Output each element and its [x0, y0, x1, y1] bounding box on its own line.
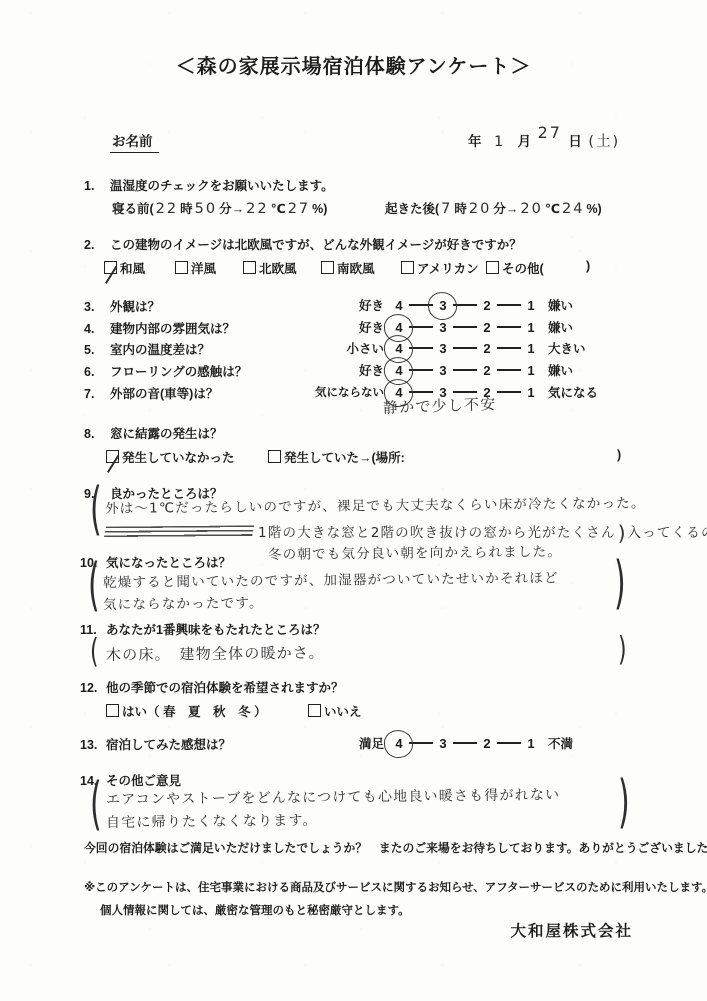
rating-3[interactable]: 3	[435, 320, 451, 335]
option-yofu: 洋風	[175, 259, 216, 278]
scale-left-label: 小さい	[312, 339, 384, 357]
q9-answer-line3: 冬の朝でも気分良い朝を向かえられました。	[268, 540, 562, 563]
rating-4[interactable]: 4	[391, 298, 407, 313]
rating-1[interactable]: 1	[523, 385, 539, 400]
rating-1[interactable]: 1	[523, 320, 539, 335]
q9-answer-line2a: 1階の大きな窓と2階の吹き抜けの窓から光がたくさん	[258, 525, 616, 541]
scale-left-label: 好き	[312, 296, 384, 314]
q7-handwritten-note: 静かで少し不安	[383, 393, 497, 418]
question-2-number: 2.	[84, 238, 110, 252]
option-hokuou-label: 北欧風	[259, 262, 297, 276]
date-field: 年 1 月 27 日 (土)	[468, 130, 622, 151]
celsius-unit: ℃	[271, 202, 286, 216]
q11-answer: 木の床。 建物全体の暖かさ。	[106, 642, 325, 665]
question-3-text: 外観は？	[110, 300, 160, 314]
question-3-number: 3.	[84, 300, 110, 314]
scale-right-label: 不満	[548, 734, 573, 752]
question-6-text: フローリングの感触は？	[110, 365, 247, 379]
checkbox-american[interactable]	[401, 261, 414, 274]
scale-left-label: 好き	[312, 361, 384, 379]
rating-scale-q5: 小さい4321大きい	[312, 339, 586, 357]
before-sleep-label: 寝る前(	[112, 202, 154, 216]
option-wafu: 和風	[104, 259, 145, 278]
question-5: 5.室内の温度差は？	[84, 340, 210, 359]
option-other-label: その他(	[502, 262, 544, 276]
checkbox-wafu[interactable]	[104, 261, 117, 274]
question-14-text: その他ご意見	[106, 774, 181, 788]
option-condensation: 発生していた→(場所:	[268, 448, 405, 467]
option-nanou: 南欧風	[321, 259, 375, 278]
scale-dash	[497, 742, 521, 744]
option-wafu-label: 和風	[120, 262, 145, 276]
question-5-number: 5.	[84, 343, 110, 357]
q10-close-bracket: )	[614, 557, 626, 614]
q10-open-bracket: (	[88, 559, 100, 616]
checkbox-yofu[interactable]	[175, 261, 188, 274]
option-no: いいえ	[308, 702, 362, 721]
scale-dash	[453, 369, 477, 371]
question-7-number: 7.	[84, 387, 110, 401]
question-10-text: 気になったところは？	[106, 556, 231, 570]
option-no-condensation-label: 発生していなかった	[122, 451, 235, 465]
option-american: アメリカン	[401, 259, 479, 278]
question-6-number: 6.	[84, 365, 110, 379]
after-wake-temp: 20	[518, 201, 544, 217]
name-field-label: お名前	[110, 130, 159, 153]
rating-scale-q13: 満足4321不満	[312, 734, 573, 752]
after-wake-label: 起きた後(	[385, 202, 439, 216]
checkbox-nanou[interactable]	[321, 261, 334, 274]
scale-left-label: 満足	[312, 734, 384, 752]
scale-right-label: 嫌い	[548, 318, 573, 336]
hour-unit: 時	[454, 202, 467, 216]
page-title: ＜森の家展示場宿泊体験アンケート＞	[0, 50, 707, 79]
q10-answer-line1: 乾燥すると聞いていたのですが、加湿器がついていたせいかそれほど	[103, 566, 559, 591]
q14-answer-line1: エアコンやストーブをどんなにつけても心地良い暖さも得がれない	[106, 784, 561, 809]
option-yes: はい（ 春 夏 秋 冬 ）	[106, 702, 266, 721]
question-2-text: この建物のイメージは北欧風ですが、どんな外観イメージが好きですか？	[110, 238, 522, 252]
checkbox-hokuou[interactable]	[243, 261, 256, 274]
scale-dash	[453, 742, 477, 744]
rating-3[interactable]: 3	[435, 298, 451, 313]
q9-answer-line2b: 入ってくるので	[628, 525, 707, 541]
percent-unit: %)	[586, 202, 601, 216]
scribbled-out-text	[104, 525, 255, 538]
scale-left-label: 好き	[312, 318, 384, 336]
question-12: 12.他の季節での宿泊体験を希望されますか？	[80, 678, 344, 697]
year-label: 年	[468, 134, 482, 149]
question-7: 7.外部の音(車等)は？	[84, 384, 218, 403]
question-12-text: 他の季節での宿泊体験を希望されますか？	[106, 681, 344, 695]
minute-unit-arrow: 分→	[219, 202, 244, 216]
question-8: 8.窓に結露の発生は？	[84, 424, 223, 443]
q14-close-bracket: )	[618, 776, 630, 833]
question-2: 2.この建物のイメージは北欧風ですが、どんな外観イメージが好きですか？	[84, 235, 522, 254]
q1-after-wake-values: 起きた後(7時20分→20℃24%)	[385, 199, 602, 218]
q14-answer-line2: 自宅に帰りたくなくなります。	[106, 810, 318, 832]
question-11: 11.あなたが1番興味をもたれたところは？	[80, 620, 325, 639]
rating-3[interactable]: 3	[435, 736, 451, 751]
before-sleep-hour: 22	[154, 201, 180, 217]
after-wake-hour: 7	[439, 201, 454, 217]
option-american-label: アメリカン	[417, 262, 479, 276]
q10-answer-line2: 気にならなかったです。	[103, 591, 264, 613]
percent-unit: %)	[312, 202, 327, 216]
rating-4[interactable]: 4	[391, 320, 407, 335]
question-4-number: 4.	[84, 322, 110, 336]
company-name: 大和屋株式会社	[510, 919, 633, 941]
rating-1[interactable]: 1	[523, 363, 539, 378]
option-nanou-label: 南欧風	[337, 262, 375, 276]
checkbox-no-condensation[interactable]	[106, 450, 119, 463]
scale-dash	[453, 347, 477, 349]
q1-before-sleep-values: 寝る前(22時50分→22℃27%)	[112, 199, 327, 218]
option-other-close-paren: )	[586, 259, 590, 273]
q9-open-bracket: (	[90, 483, 102, 540]
rating-1[interactable]: 1	[523, 736, 539, 751]
option-no-label: いいえ	[324, 705, 362, 719]
privacy-note-2: 個人情報に関しては、厳密な管理のもと秘密厳守とします。	[100, 902, 410, 918]
question-4-text: 建物内部の雰囲気は？	[110, 322, 235, 336]
q9-close-bracket: )	[616, 521, 628, 545]
before-sleep-humidity: 27	[286, 201, 312, 217]
option-yofu-label: 洋風	[191, 262, 216, 276]
rating-4[interactable]: 4	[391, 363, 407, 378]
checkbox-condensation[interactable]	[268, 450, 281, 463]
rating-scale-q6: 好き4321嫌い	[312, 361, 573, 379]
checkbox-no[interactable]	[308, 704, 321, 717]
question-1: 1.温湿度のチェックをお願いいたします。	[84, 176, 334, 195]
question-8-number: 8.	[84, 427, 110, 441]
scale-dash	[497, 304, 521, 306]
question-13-number: 13.	[80, 738, 106, 752]
scale-right-label: 嫌い	[548, 296, 573, 314]
before-sleep-temp: 22	[244, 201, 270, 217]
hour-unit: 時	[180, 202, 193, 216]
celsius-unit: ℃	[545, 202, 560, 216]
option-condensation-label: 発生していた→(場所:	[284, 451, 405, 465]
rating-2[interactable]: 2	[479, 341, 495, 356]
after-wake-minute: 20	[467, 201, 493, 217]
scale-right-label: 嫌い	[548, 361, 573, 379]
before-sleep-minute: 50	[193, 201, 219, 217]
day-label: 日	[568, 134, 582, 149]
rating-2[interactable]: 2	[479, 363, 495, 378]
scale-dash	[453, 326, 477, 328]
scale-dash	[497, 347, 521, 349]
scale-right-label: 気になる	[548, 383, 598, 401]
question-13: 13.宿泊してみた感想は？	[80, 735, 231, 754]
scale-dash	[497, 326, 521, 328]
scale-right-label: 大きい	[548, 339, 586, 357]
q11-close-bracket: )	[618, 635, 627, 668]
rating-2[interactable]: 2	[479, 736, 495, 751]
question-8-text: 窓に結露の発生は？	[110, 427, 223, 441]
q9-answer-line1: 外は～1℃だったらしいのですが、裸足でも大丈夫なくらい床が冷たくなかった。	[105, 491, 646, 517]
checkbox-yes[interactable]	[106, 704, 119, 717]
question-6: 6.フローリングの感触は？	[84, 362, 247, 381]
question-5-text: 室内の温度差は？	[110, 343, 210, 357]
checkbox-other[interactable]	[486, 261, 499, 274]
weekday-handwritten: (土)	[586, 134, 622, 150]
rating-1[interactable]: 1	[523, 341, 539, 356]
option-no-condensation: 発生していなかった	[106, 448, 235, 467]
question-1-number: 1.	[84, 179, 110, 193]
question-4: 4.建物内部の雰囲気は？	[84, 319, 235, 338]
rating-4[interactable]: 4	[391, 341, 407, 356]
day-value-handwritten: 27	[536, 123, 564, 142]
question-3: 3.外観は？	[84, 297, 160, 316]
scale-dash	[453, 391, 477, 393]
rating-4[interactable]: 4	[391, 736, 407, 751]
privacy-note-1: ※このアンケートは、住宅事業における商品及びサービスに関するお知らせ、アフターサ…	[84, 879, 707, 895]
survey-scan-page: ＜森の家展示場宿泊体験アンケート＞ お名前 年 1 月 27 日 (土) 1.温…	[0, 0, 707, 1001]
scale-dash	[497, 391, 521, 393]
scale-dash	[497, 369, 521, 371]
month-label: 月	[518, 134, 532, 149]
rating-scale-q3: 好き4321嫌い	[312, 296, 573, 314]
after-wake-humidity: 24	[560, 201, 586, 217]
rating-1[interactable]: 1	[523, 298, 539, 313]
question-12-number: 12.	[80, 681, 106, 695]
rating-2[interactable]: 2	[479, 320, 495, 335]
scale-left-label: 気にならない	[312, 384, 384, 400]
minute-unit-arrow: 分→	[493, 202, 518, 216]
q14-open-bracket: (	[90, 778, 102, 835]
rating-2[interactable]: 2	[479, 298, 495, 313]
rating-3[interactable]: 3	[435, 363, 451, 378]
question-7-text: 外部の音(車等)は？	[110, 387, 218, 401]
question-11-text: あなたが1番興味をもたれたところは？	[106, 623, 325, 637]
option-other: その他(	[486, 259, 544, 278]
month-value-handwritten: 1	[492, 134, 507, 150]
rating-3[interactable]: 3	[435, 341, 451, 356]
q8-close-paren: )	[617, 448, 621, 462]
question-13-text: 宿泊してみた感想は？	[106, 738, 231, 752]
option-yes-label: はい（ 春 夏 秋 冬 ）	[122, 705, 266, 719]
thanks-message: 今回の宿泊体験はご満足いただけましたでしょうか？ またのご来場をお待ちしておりま…	[84, 839, 707, 856]
option-hokuou: 北欧風	[243, 259, 297, 278]
question-1-text: 温湿度のチェックをお願いいたします。	[110, 179, 334, 193]
rating-scale-q4: 好き4321嫌い	[312, 318, 573, 336]
q11-open-bracket: (	[90, 637, 99, 670]
